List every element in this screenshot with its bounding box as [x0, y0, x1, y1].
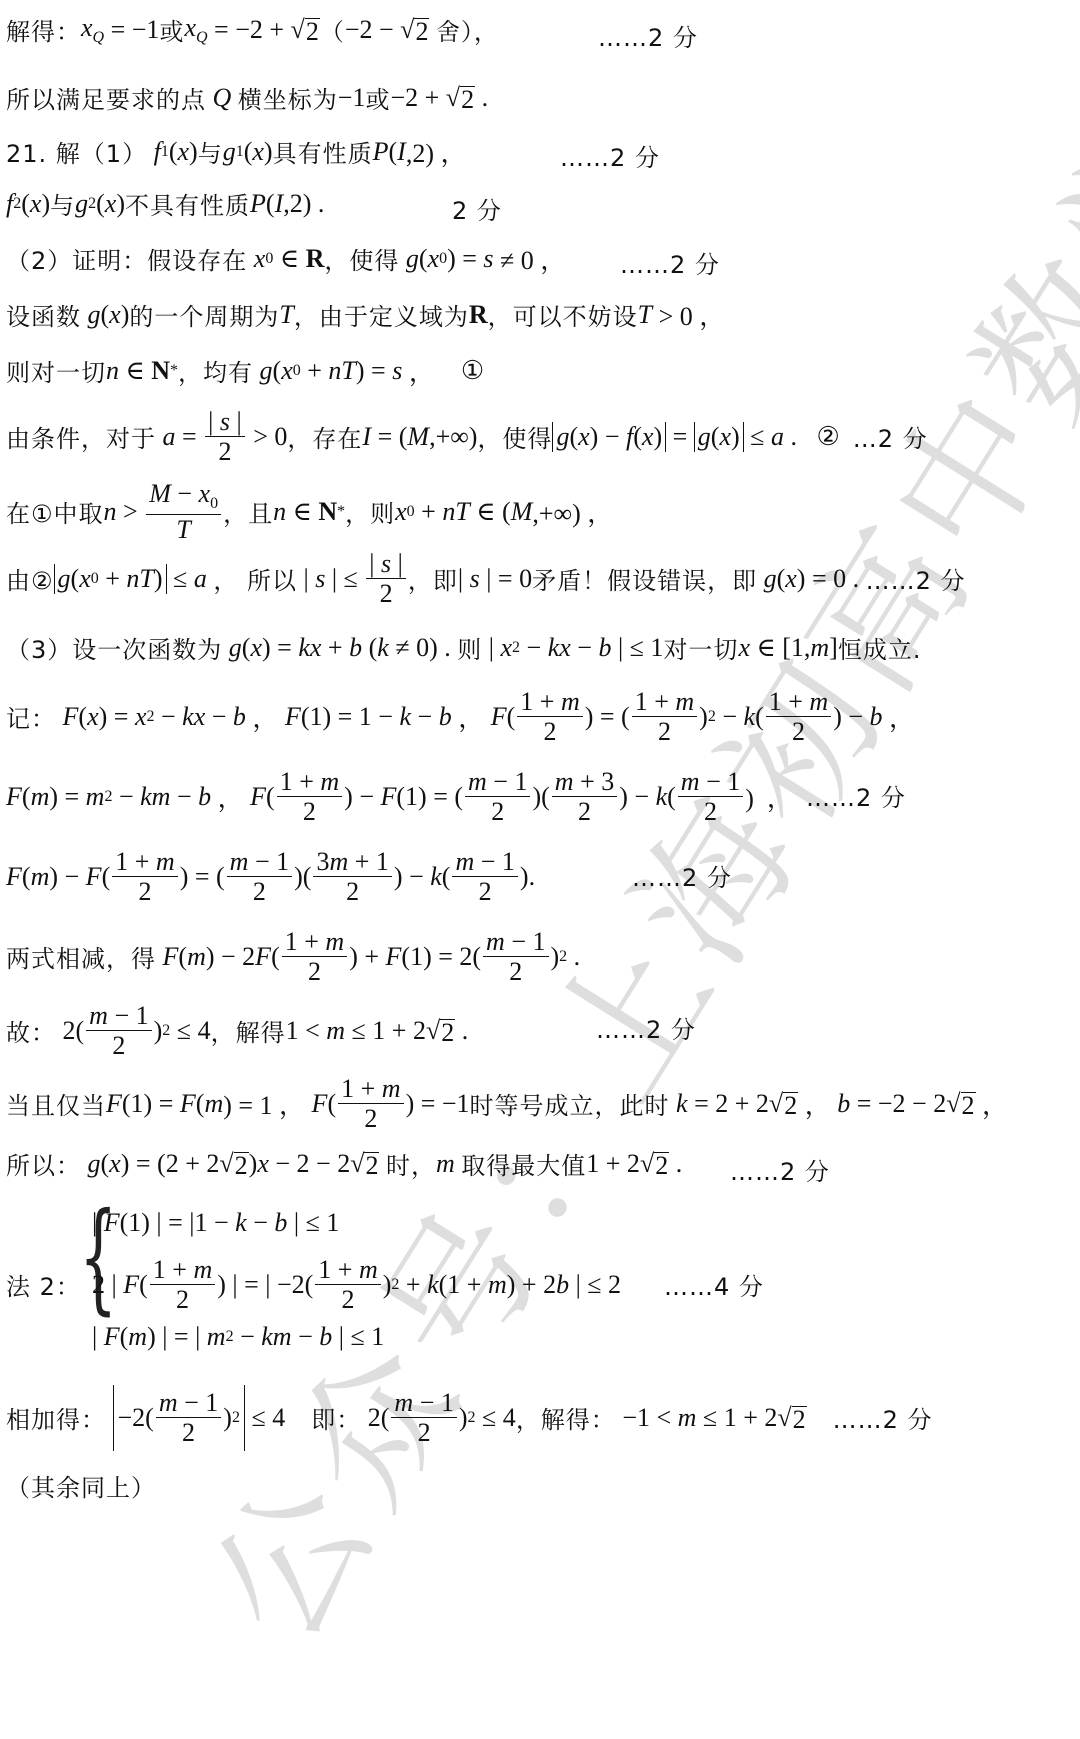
solution-line-11: （3）设一次函数为 g(x) = kx + b (k ≠ 0) . 则 | x2… [6, 630, 921, 665]
solution-line-18: 所以： g(x) = (2 + 2√2)x − 2 − 2√2 时，m 取得最大… [6, 1146, 682, 1181]
score-mark: ……2 分 [596, 1010, 696, 1045]
score-mark: ……4 分 [664, 1267, 764, 1302]
solution-line-9: 在①中取n > M − x0T，且n ∈ N*，则x0 + nT ∈ (M,+∞… [6, 480, 613, 543]
system-row-3: | F(m) | = | m2 − km − b | ≤ 1 [92, 1322, 384, 1352]
solution-line-1: 解得： xQ = −1或xQ = −2 + √2 （−2 − √2 舍）， [6, 12, 499, 47]
solution-line-2: 所以满足要求的点 Q 横坐标为−1或−2 + √2 . [6, 80, 488, 115]
solution-line-17: 当且仅当F(1) = F(m) = 1 ， F(1 + m2) = −1时等号成… [6, 1075, 1008, 1133]
solution-line-13: F(m) = m2 − km − b ， F(1 + m2) − F(1) = … [6, 768, 793, 826]
solution-line-15: 两式相减，得 F(m) − 2F(1 + m2) + F(1) = 2(m − … [6, 928, 580, 986]
solution-line-8: 由条件，对于 a = | s |2 > 0，存在I = (M,+∞)，使得g(x… [6, 408, 928, 466]
solution-line-14: F(m) − F(1 + m2) = (m − 12)(3m + 12) − k… [6, 848, 535, 906]
solution-line-20: 相加得： −2(m − 12)2 ≤ 4 即： 2(m − 12)2 ≤ 4，解… [6, 1385, 933, 1451]
score-mark: ……2 分 [598, 18, 698, 53]
solution-line-12: 记： F(x) = x2 − kx − b ， F(1) = 1 − k − b… [6, 688, 915, 746]
solution-line-7: 则对一切n ∈ N*，均有 g(x0 + nT) = s ， ① [6, 352, 484, 389]
solution-line-5: （2）证明：假设存在 x0 ∈ R，使得 g(x0) = s ≠ 0 ， [6, 240, 566, 277]
score-mark: ……2 分 [806, 778, 906, 813]
solution-line-16: 故： 2(m − 12)2 ≤ 4，解得1 < m ≤ 1 + 2√2 . [6, 1002, 468, 1060]
system-row-1: | F(1) | = |1 − k − b | ≤ 1 [92, 1208, 339, 1238]
solution-line-10: 由②g(x0 + nT) ≤ a ， 所以 | s | ≤ | s |2，即| … [6, 550, 966, 608]
solution-line-6: 设函数 g(x)的一个周期为T，由于定义域为R，可以不妨设T > 0 ， [6, 296, 725, 333]
solution-line-4: f2(x)与g2(x)不具有性质P(I,2) . [6, 186, 324, 221]
score-mark: ……2 分 [632, 858, 732, 893]
system-row-2: 2 | F(1 + m2) | = | −2(1 + m2)2 + k(1 + … [92, 1256, 621, 1314]
score-mark: ……2 分 [620, 245, 720, 280]
score-mark: ……2 分 [730, 1152, 830, 1187]
solution-line-21: （其余同上） [6, 1468, 156, 1503]
score-mark: 2 分 [452, 191, 502, 226]
score-mark: ……2 分 [560, 138, 660, 173]
solution-line-3: 21. 解（1） f1(x)与g1(x)具有性质P(I,2) ， [6, 133, 467, 170]
